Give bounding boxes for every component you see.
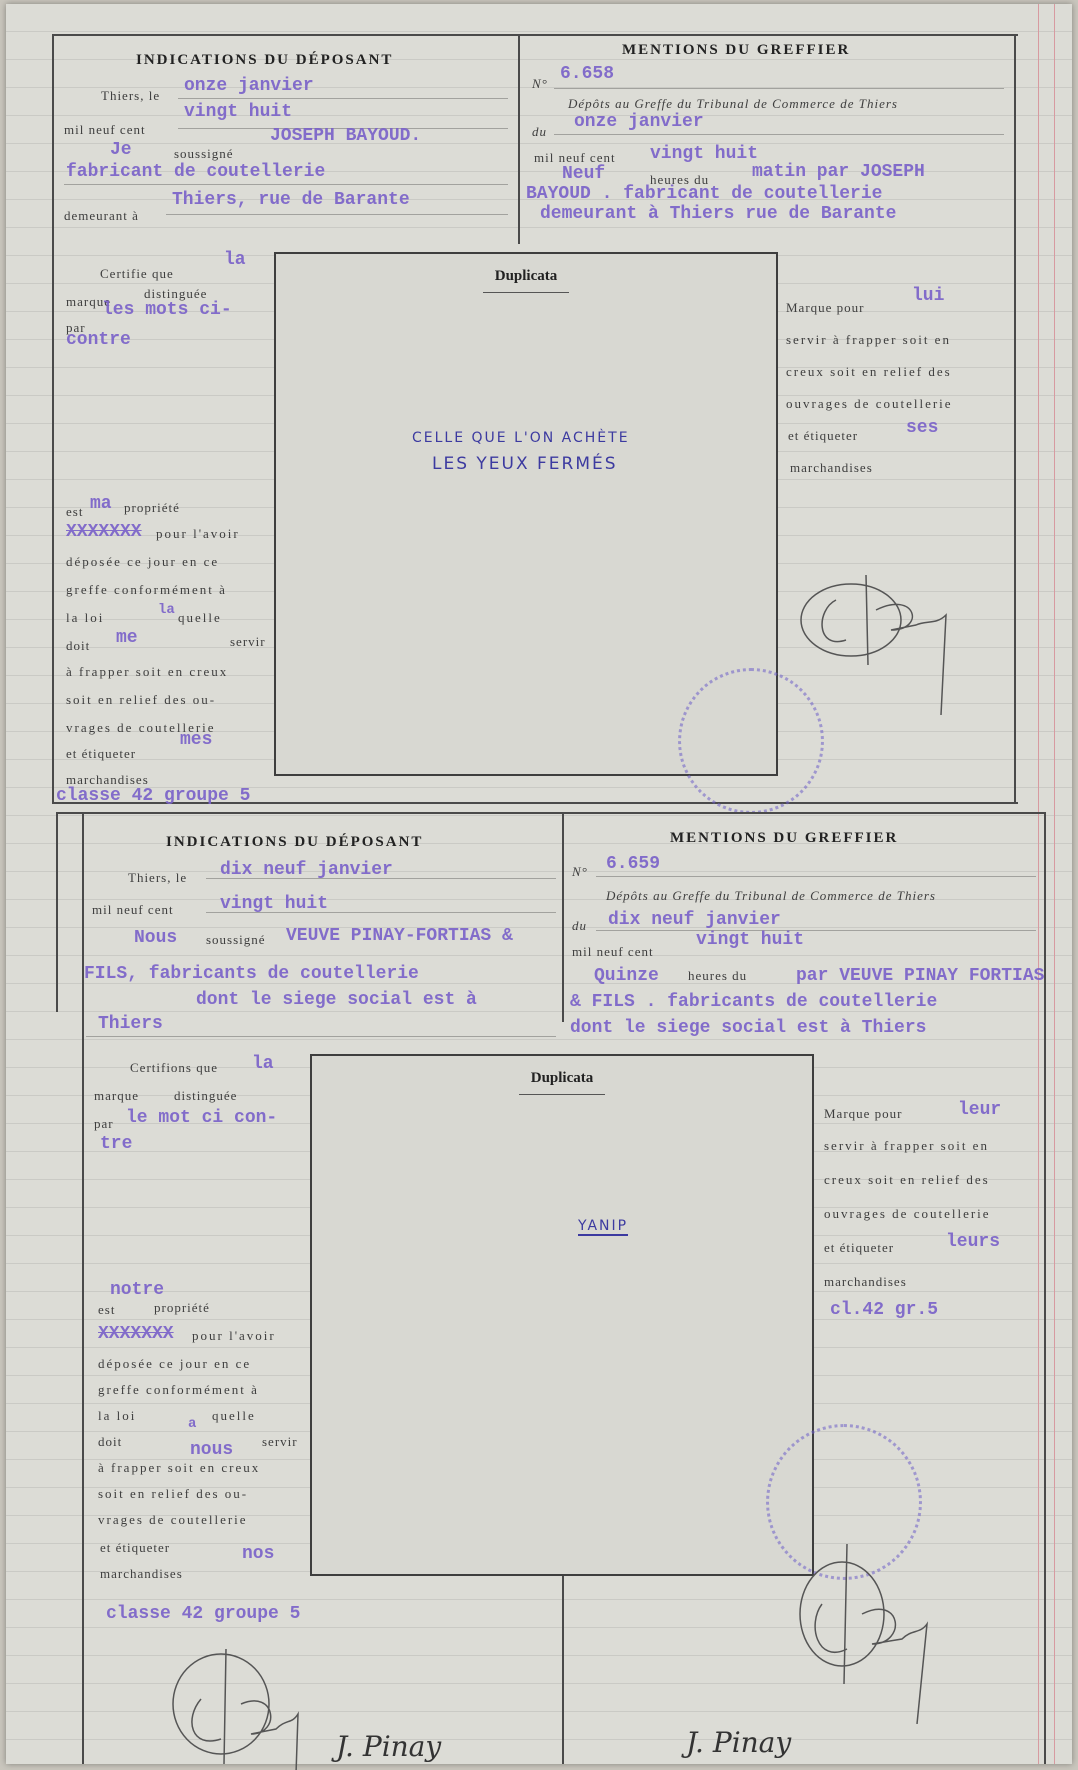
trademark-stamp-line1: CELLE QUE L'ON ACHÈTE [412,430,630,446]
fill-line [86,1036,556,1037]
address-value: Thiers, rue de Barante [172,190,410,210]
mark-description: le mot ci con- [126,1108,277,1128]
clerk-signature-icon [166,1644,346,1770]
goods-label: marchandises [790,460,873,476]
use-text: creux soit en relief des [786,364,952,380]
form-border [52,34,54,804]
greffier-line: & FILS . fabricants de coutellerie [570,992,937,1012]
clerk-signature-icon [796,570,966,720]
goods-label: marchandises [824,1274,907,1290]
class-value: cl.42 gr.5 [830,1300,938,1320]
use-text: ouvrages de coutellerie [824,1206,991,1222]
date-value: onze janvier [184,76,314,96]
is-label: est [66,504,83,520]
greffier-line: matin par JOSEPH [752,162,925,182]
clause-text: greffe conformément à [98,1382,259,1398]
greffier-line: par VEUVE PINAY FORTIAS [796,966,1044,986]
year-label: mil neuf cent [92,902,174,918]
mark-description: les mots ci- [102,300,232,320]
mark-description-cont: contre [66,330,131,350]
certifies-label: Certifions que [130,1060,218,1076]
number-label: N° [532,76,548,92]
depositor-name: JOSEPH BAYOUD. [270,126,421,146]
register-page: INDICATIONS DU DÉPOSANT Thiers, le onze … [6,4,1072,1764]
greffier-date: onze janvier [574,112,704,132]
clause-text: greffe conformément à [66,582,227,598]
is-label: est [98,1302,115,1318]
year-label: mil neuf cent [64,122,146,138]
fill-line [206,878,556,879]
form-border [56,812,1046,814]
clause-text: pour l'avoir [156,526,240,542]
serve-label: servir [262,1434,298,1450]
owner-value: notre [110,1280,164,1300]
hour-value: Quinze [594,966,659,986]
duplicata-box: Duplicata YANIP [310,1054,814,1576]
fill-line [166,214,508,215]
fill-line [206,912,556,913]
certifies-value: la [252,1054,274,1074]
deposit-number: 6.659 [606,854,660,874]
distinguished-label: distinguée [174,1088,237,1104]
greffier-header: MENTIONS DU GREFFIER [622,42,850,59]
fill-line [554,134,1004,135]
column-divider [562,812,564,1022]
label-label: et étiqueter [100,1540,170,1556]
must-label: doit [66,638,90,654]
serve-label: servir [230,634,266,650]
label-value: ses [906,418,938,438]
greffier-header: MENTIONS DU GREFFIER [670,830,898,847]
clause-text: vrages de coutellerie [98,1512,248,1528]
fill-line [596,930,1036,931]
label-label: et étiqueter [66,746,136,762]
hour-value: Neuf [562,164,605,184]
loi-fill: la [158,602,175,618]
deposant-header: INDICATIONS DU DÉPOSANT [136,52,393,69]
column-divider [518,34,520,244]
certifies-value: la [224,250,246,270]
must-label: doit [98,1434,122,1450]
deposit-text: Dépôts au Greffe du Tribunal de Commerce… [568,96,898,112]
duplicata-title: Duplicata [276,268,776,285]
date-value: dix neuf janvier [220,860,393,880]
number-label: N° [572,864,588,880]
deposit-number: 6.658 [560,64,614,84]
clause-text: quelle [212,1408,256,1424]
duplicata-title: Duplicata [312,1070,812,1087]
address-label: demeurant à [64,208,139,224]
owner-value: ma [90,494,112,514]
use-text: servir à frapper soit en [786,332,951,348]
deposit-text: Dépôts au Greffe du Tribunal de Commerce… [606,888,936,904]
label-label: et étiqueter [788,428,858,444]
occupation-value: fabricant de coutellerie [66,162,325,182]
mark-for-value: leur [958,1100,1001,1120]
greffier-line: BAYOUD . fabricant de coutellerie [526,184,882,204]
greffier-date: dix neuf janvier [608,910,781,930]
clause-text: déposée ce jour en ce [98,1356,251,1372]
mark-for-label: Marque pour [786,300,865,316]
deposant-header: INDICATIONS DU DÉPOSANT [166,834,423,851]
mark-for-value: lui [912,286,944,306]
signed-label: soussigné [174,146,234,162]
class-value: classe 42 groupe 5 [106,1604,300,1624]
clause-text: pour l'avoir [192,1328,276,1344]
city-label: Thiers, le [101,88,160,104]
must-value: me [116,628,138,648]
clause-text: déposée ce jour en ce [66,554,219,570]
clause-text: à frapper soit en creux [66,664,228,680]
signed-label: soussigné [206,932,266,948]
depositor-signature: J. Pinay [686,1726,791,1759]
label-label: et étiqueter [824,1240,894,1256]
fill-line [64,184,508,185]
duplicata-rule [519,1094,605,1095]
column-divider [562,1574,564,1764]
fill-line [554,88,1004,89]
du-label: du [532,124,547,140]
pronoun-value: Nous [134,928,177,948]
year-value: vingt huit [184,102,292,122]
label-value: leurs [946,1232,1000,1252]
clause-text: à frapper soit en creux [98,1460,260,1476]
trademark-stamp: YANIP [578,1218,628,1236]
depositor-signature: J. Pinay [336,1730,441,1763]
use-text: ouvrages de coutellerie [786,396,953,412]
must-value: nous [190,1440,233,1460]
pronoun-value: Je [110,140,132,160]
clause-text: soit en relief des ou- [66,692,216,708]
clerk-signature-icon [792,1534,962,1724]
greffier-year: vingt huit [696,930,804,950]
goods-label: marchandises [100,1566,183,1582]
form-border [1044,812,1046,1764]
by-label: par [94,1116,114,1132]
city-label: Thiers, le [128,870,187,886]
certifies-label: Certifie que [100,266,174,282]
form-border [82,812,84,1764]
clause-text: soit en relief des ou- [98,1486,248,1502]
clause-text: la loi [98,1408,136,1424]
du-label: du [572,918,587,934]
greffier-line: dont le siege social est à Thiers [570,1018,926,1038]
depositor-name: VEUVE PINAY-FORTIAS & [286,926,513,946]
mark-description-cont: tre [100,1134,132,1154]
year-value: vingt huit [220,894,328,914]
form-border [1014,34,1016,804]
property-label: propriété [154,1300,210,1316]
address-value: dont le siege social est à [196,990,477,1010]
form-border [56,812,58,1012]
clause-text: la loi [66,610,104,626]
hours-label: heures du [688,968,747,984]
label-value: nos [242,1544,274,1564]
loi-fill: a [188,1416,196,1432]
label-value: mes [180,730,212,750]
margin-rule [1038,4,1039,1764]
fill-line [178,98,508,99]
trademark-stamp-line2: LES YEUX FERMÉS [432,454,618,474]
clause-text: quelle [178,610,222,626]
margin-rule [1054,4,1055,1764]
address-value-cont: Thiers [98,1014,163,1034]
use-text: servir à frapper soit en [824,1138,989,1154]
year-label: mil neuf cent [572,944,654,960]
property-label: propriété [124,500,180,516]
form-border [52,34,1018,36]
greffier-year: vingt huit [650,144,758,164]
struck-text: XXXXXXX [66,522,142,542]
greffier-line: demeurant à Thiers rue de Barante [540,204,896,224]
fill-line [596,876,1036,877]
use-text: creux soit en relief des [824,1172,990,1188]
class-value: classe 42 groupe 5 [56,786,250,806]
mark-for-label: Marque pour [824,1106,903,1122]
mark-label: marque [94,1088,139,1104]
struck-text: XXXXXXX [98,1324,174,1344]
duplicata-rule [483,292,569,293]
occupation-value: FILS, fabricants de coutellerie [84,964,419,984]
